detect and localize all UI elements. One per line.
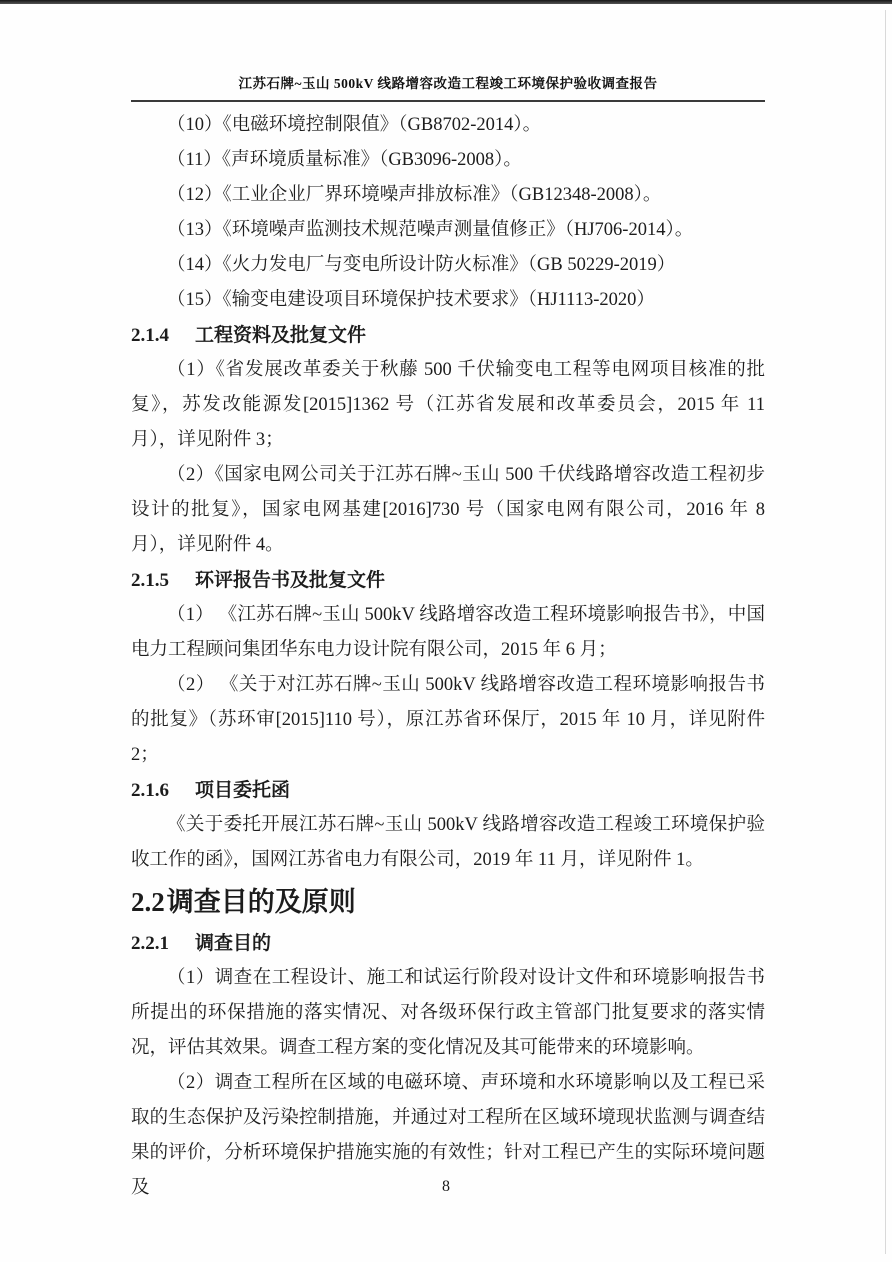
section-heading-2-1-5: 2.1.5环评报告书及批复文件 bbox=[131, 563, 765, 598]
paragraph: （2）《国家电网公司关于江苏石牌~玉山 500 千伏线路增容改造工程初步设计的批… bbox=[131, 458, 765, 563]
section-number: 2.1.5 bbox=[131, 570, 169, 591]
scan-right-edge bbox=[885, 10, 886, 1254]
section-title: 调查目的及原则 bbox=[167, 887, 356, 917]
paragraph: （1）调查在工程设计、施工和试运行阶段对设计文件和环境影响报告书所提出的环保措施… bbox=[131, 961, 765, 1066]
standard-list-item: （12）《工业企业厂界环境噪声排放标准》（GB12348-2008）。 bbox=[131, 178, 765, 213]
section-title: 工程资料及批复文件 bbox=[195, 325, 366, 346]
page-body: （10）《电磁环境控制限值》（GB8702-2014）。 （11）《声环境质量标… bbox=[131, 108, 765, 1206]
standard-list-item: （11）《声环境质量标准》（GB3096-2008）。 bbox=[131, 143, 765, 178]
section-number: 2.1.6 bbox=[131, 780, 169, 801]
section-heading-2-2: 2.2调查目的及原则 bbox=[131, 878, 765, 926]
paragraph: 《关于委托开展江苏石牌~玉山 500kV 线路增容改造工程竣工环境保护验收工作的… bbox=[131, 808, 765, 878]
section-title: 环评报告书及批复文件 bbox=[195, 570, 385, 591]
section-number: 2.1.4 bbox=[131, 325, 169, 346]
section-title: 项目委托函 bbox=[195, 780, 290, 801]
standard-list-item: （10）《电磁环境控制限值》（GB8702-2014）。 bbox=[131, 108, 765, 143]
document-page: 江苏石牌~玉山 500kV 线路增容改造工程竣工环境保护验收调查报告 （10）《… bbox=[0, 0, 892, 1262]
standard-list-item: （14）《火力发电厂与变电所设计防火标准》（GB 50229-2019） bbox=[131, 248, 765, 283]
section-heading-2-1-4: 2.1.4工程资料及批复文件 bbox=[131, 318, 765, 353]
scan-top-edge bbox=[0, 0, 892, 4]
paragraph: （1）《省发展改革委关于秋藤 500 千伏输变电工程等电网项目核准的批复》，苏发… bbox=[131, 353, 765, 458]
standard-list-item: （15）《输变电建设项目环境保护技术要求》（HJ1113-2020） bbox=[131, 283, 765, 318]
standard-list-item: （13）《环境噪声监测技术规范噪声测量值修正》（HJ706-2014）。 bbox=[131, 213, 765, 248]
section-heading-2-1-6: 2.1.6项目委托函 bbox=[131, 773, 765, 808]
section-number: 2.2.1 bbox=[131, 933, 169, 954]
paragraph: （1） 《江苏石牌~玉山 500kV 线路增容改造工程环境影响报告书》，中国电力… bbox=[131, 598, 765, 668]
section-number: 2.2 bbox=[131, 887, 165, 917]
paragraph: （2） 《关于对江苏石牌~玉山 500kV 线路增容改造工程环境影响报告书的批复… bbox=[131, 668, 765, 773]
section-title: 调查目的 bbox=[195, 933, 271, 954]
page-number: 8 bbox=[0, 1178, 892, 1196]
section-heading-2-2-1: 2.2.1调查目的 bbox=[131, 926, 765, 961]
running-header-title: 江苏石牌~玉山 500kV 线路增容改造工程竣工环境保护验收调查报告 bbox=[238, 76, 657, 91]
page-header: 江苏石牌~玉山 500kV 线路增容改造工程竣工环境保护验收调查报告 bbox=[131, 72, 765, 102]
